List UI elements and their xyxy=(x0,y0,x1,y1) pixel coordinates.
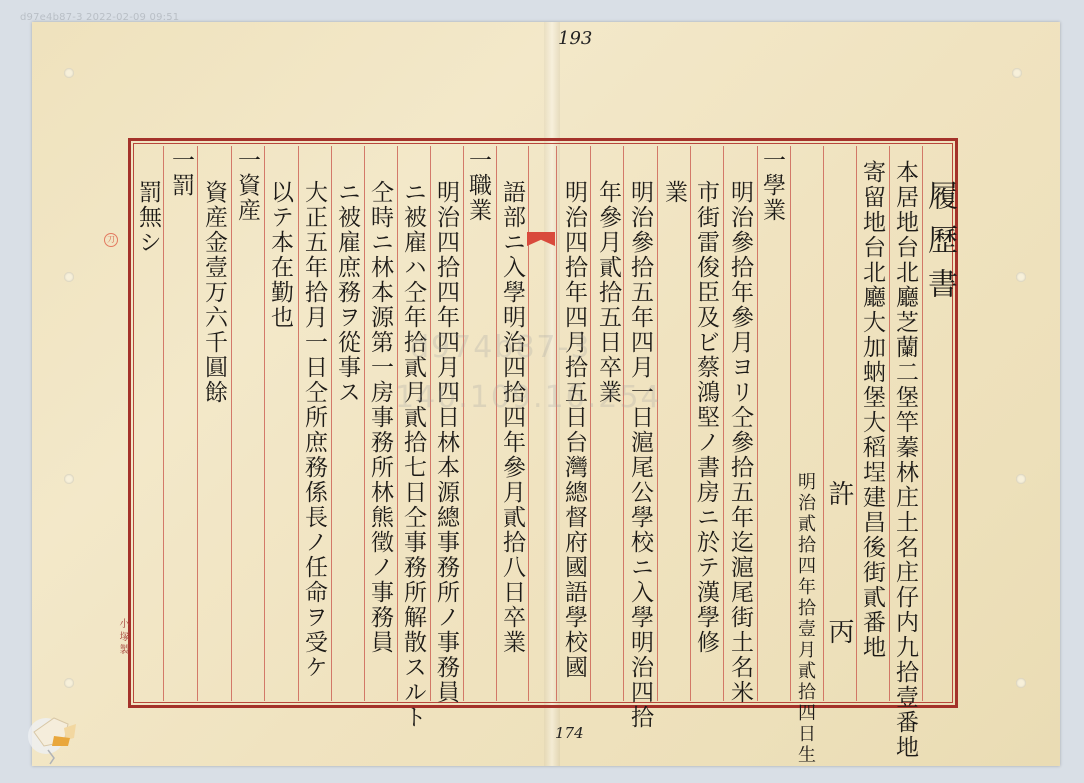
column-rule xyxy=(163,146,164,701)
binding-hole xyxy=(1012,68,1022,78)
watermark-id: d974b87-3 xyxy=(410,330,591,365)
occupation-line: ニ被雇庶務ヲ從事ス xyxy=(335,180,358,405)
birthdate: 明治貳拾四年拾壹月貳拾四日生 xyxy=(796,472,814,766)
penalty-heading: 一罰 xyxy=(169,148,192,198)
red-seal-stamp: 刀 xyxy=(104,233,118,247)
occupation-line: 以テ本在勤也 xyxy=(268,180,291,330)
temp-address-line: 寄留地台北廳大加蚋堡大稻埕建昌後街貳番地 xyxy=(860,160,883,660)
occupation-line: 大正五年拾月一日仝所庶務係長ノ任命ヲ受ケ xyxy=(302,180,325,680)
column-rule xyxy=(463,146,464,701)
column-rule xyxy=(556,146,557,701)
assets-heading: 一資産 xyxy=(235,148,258,223)
column-rule xyxy=(657,146,658,701)
binding-hole xyxy=(1016,474,1026,484)
education-line: 業 xyxy=(662,180,685,205)
page-number-top: 193 xyxy=(558,28,592,49)
occupation-heading: 一職業 xyxy=(466,148,489,223)
column-rule xyxy=(690,146,691,701)
binding-hole xyxy=(64,68,74,78)
column-rule xyxy=(331,146,332,701)
column-rule xyxy=(364,146,365,701)
address-line: 本居地台北廳芝蘭二堡竿蓁林庄土名庄仔内九拾壹番地 xyxy=(893,160,916,760)
column-rule xyxy=(623,146,624,701)
column-rule xyxy=(197,146,198,701)
column-rule xyxy=(856,146,857,701)
document-title: 履歷書 xyxy=(924,180,954,312)
binding-hole xyxy=(1016,678,1026,688)
paper-maker-mark: 小塚製 xyxy=(115,618,130,657)
archive-logo-icon xyxy=(24,706,90,766)
column-rule xyxy=(430,146,431,701)
binding-hole xyxy=(64,272,74,282)
binding-hole xyxy=(1016,272,1026,282)
column-rule xyxy=(397,146,398,701)
person-name: 許 丙 xyxy=(826,480,852,664)
education-line: 年參月貳拾五日卒業 xyxy=(596,180,619,405)
watermark-ip: 140.109.16.254 xyxy=(395,380,662,415)
education-line: 市街雷俊臣及ビ蔡鴻堅ノ書房ニ於テ漢學修 xyxy=(694,180,717,655)
column-rule xyxy=(790,146,791,701)
binding-hole xyxy=(64,474,74,484)
column-rule xyxy=(590,146,591,701)
column-rule xyxy=(528,146,529,701)
column-rule xyxy=(231,146,232,701)
column-rule xyxy=(496,146,497,701)
education-line: 明治四拾年四月拾五日台灣總督府國語學校國 xyxy=(562,180,585,680)
occupation-line: 明治四拾四年四月四日林本源總事務所ノ事務員 xyxy=(434,180,457,705)
education-heading: 一學業 xyxy=(760,148,783,223)
penalty-line: 罰無シ xyxy=(136,180,159,255)
education-line: 明治參拾五年四月一日滬尾公學校ニ入學明治四拾 xyxy=(628,180,651,730)
occupation-line: 仝時ニ林本源第一房事務所林熊徵ノ事務員 xyxy=(368,180,391,655)
column-rule xyxy=(889,146,890,701)
column-rule xyxy=(298,146,299,701)
education-line: 明治參拾年參月ヨリ仝參拾五年迄滬尾街土名米 xyxy=(728,180,751,705)
assets-line: 資産金壹万六千圓餘 xyxy=(202,180,225,405)
column-rule xyxy=(723,146,724,701)
occupation-line: ニ被雇ハ仝年拾貳月貳拾七日仝事務所解散スルト xyxy=(401,180,424,730)
page-number-bottom: 174 xyxy=(555,724,584,742)
column-rule xyxy=(757,146,758,701)
binding-hole xyxy=(64,678,74,688)
education-line: 語部ニ入學明治四拾四年參月貳拾八日卒業 xyxy=(500,180,523,655)
column-rule xyxy=(264,146,265,701)
